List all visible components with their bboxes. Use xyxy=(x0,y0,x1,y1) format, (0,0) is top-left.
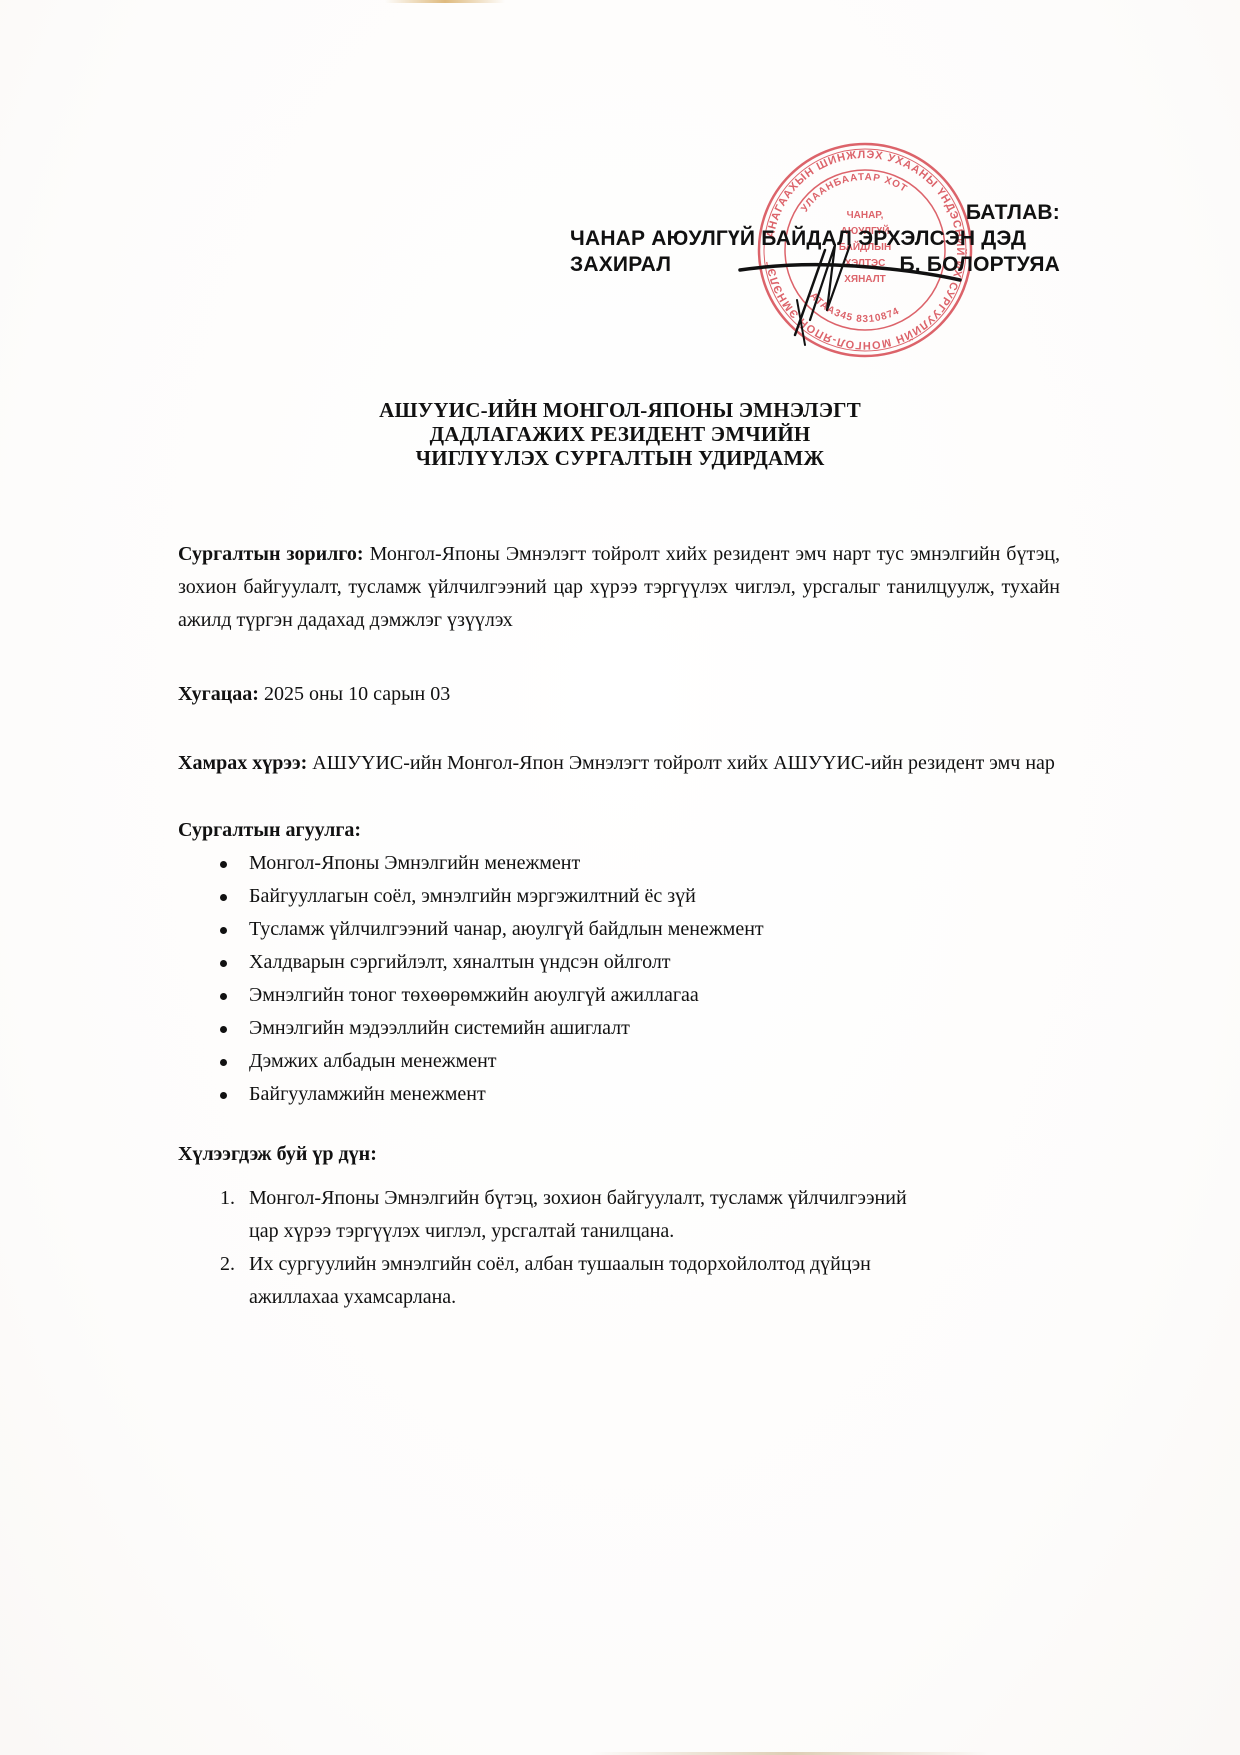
list-item: Тусламж үйлчилгээний чанар, аюулгүй байд… xyxy=(220,913,1060,946)
outcomes-list: 1. Монгол-Японы Эмнэлгийн бүтэц, зохион … xyxy=(220,1182,1040,1314)
approver-position-line2: ЗАХИРАЛ xyxy=(570,252,671,278)
list-item: Байгууллагын соёл, эмнэлгийн мэргэжилтни… xyxy=(220,880,1060,913)
goal-section: Сургалтын зорилго: Монгол-Японы Эмнэлэгт… xyxy=(178,538,1060,637)
list-item: Дэмжих албадын менежмент xyxy=(220,1045,1060,1078)
list-item: Монгол-Японы Эмнэлгийн менежмент xyxy=(220,847,1060,880)
document-title: АШУҮИС-ИЙН МОНГОЛ-ЯПОНЫ ЭМНЭЛЭГТ ДАДЛАГА… xyxy=(200,398,1040,470)
signature-icon xyxy=(735,240,965,350)
item-number: 1. xyxy=(220,1182,235,1215)
scope-text: АШУҮИС-ийн Монгол-Япон Эмнэлэгт тойролт … xyxy=(312,752,1055,774)
outcomes-label: Хүлээгдэж буй үр дүн: xyxy=(178,1138,1060,1171)
list-item: Эмнэлгийн мэдээллийн системийн ашиглалт xyxy=(220,1012,1060,1045)
list-item: Халдварын сэргийлэлт, хяналтын үндсэн ой… xyxy=(220,946,1060,979)
scan-artifact xyxy=(385,0,505,3)
item-line: ажиллахаа ухамсарлана. xyxy=(249,1281,1040,1314)
item-line: цар хүрээ тэргүүлэх чиглэл, урсгалтай та… xyxy=(249,1215,1040,1248)
title-line: ЧИГЛҮҮЛЭХ СУРГАЛТЫН УДИРДАМЖ xyxy=(200,446,1040,470)
duration-section: Хугацаа: 2025 оны 10 сарын 03 xyxy=(178,678,1060,711)
item-line: Монгол-Японы Эмнэлгийн бүтэц, зохион бай… xyxy=(249,1182,1040,1215)
scope-section: Хамрах хүрээ: АШУҮИС-ийн Монгол-Япон Эмн… xyxy=(178,747,1060,780)
scope-label: Хамрах хүрээ: xyxy=(178,752,307,774)
list-item: Байгууламжийн менежмент xyxy=(220,1078,1060,1111)
goal-label: Сургалтын зорилго: xyxy=(178,543,364,565)
content-list: Монгол-Японы Эмнэлгийн менежмент Байгуул… xyxy=(178,847,1060,1111)
title-line: ДАДЛАГАЖИХ РЕЗИДЕНТ ЭМЧИЙН xyxy=(200,422,1040,446)
content-label: Сургалтын агуулга: xyxy=(178,814,1060,847)
item-number: 2. xyxy=(220,1248,235,1281)
document-page: АНАГААХЫН ШИНЖЛЭХ УХААНЫ ҮНДЭСНИЙ ИХ СУР… xyxy=(0,0,1240,1755)
item-line: Их сургуулийн эмнэлгийн соёл, албан туша… xyxy=(249,1248,1040,1281)
list-item: 1. Монгол-Японы Эмнэлгийн бүтэц, зохион … xyxy=(220,1182,1040,1248)
approved-label: БАТЛАВ: xyxy=(570,200,1060,226)
duration-label: Хугацаа: xyxy=(178,683,259,705)
duration-text: 2025 оны 10 сарын 03 xyxy=(264,683,450,705)
title-line: АШУҮИС-ИЙН МОНГОЛ-ЯПОНЫ ЭМНЭЛЭГТ xyxy=(200,398,1040,422)
list-item: 2. Их сургуулийн эмнэлгийн соёл, албан т… xyxy=(220,1248,1040,1314)
list-item: Эмнэлгийн тоног төхөөрөмжийн аюулгүй ажи… xyxy=(220,979,1060,1012)
content-section: Сургалтын агуулга: Монгол-Японы Эмнэлгий… xyxy=(178,814,1060,1111)
outcomes-section: Хүлээгдэж буй үр дүн: 1. Монгол-Японы Эм… xyxy=(178,1138,1060,1171)
